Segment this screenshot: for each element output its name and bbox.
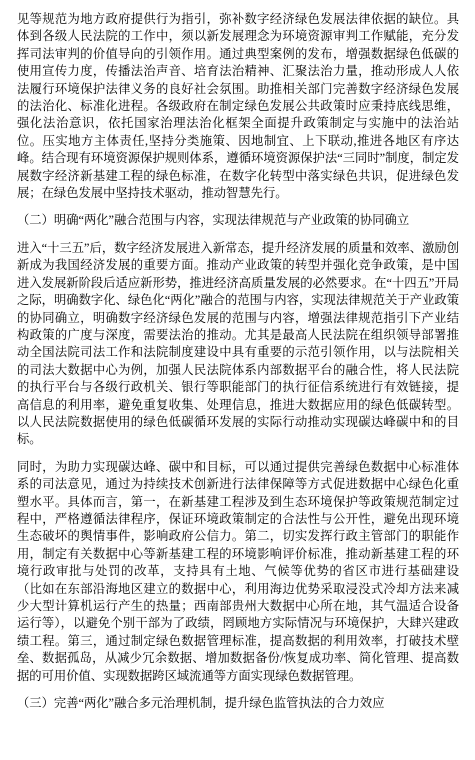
document-page: 见等规范为地方政府提供行为指引，弥补数字经济绿色发展法律依据的缺位。具体到各级人… [0, 0, 475, 760]
body-paragraph-continuation: 见等规范为地方政府提供行为指引，弥补数字经济绿色发展法律依据的缺位。具体到各级人… [17, 11, 459, 202]
section-heading-two: （二）明确“两化”融合范围与内容，实现法律规范与产业政策的协同确立 [17, 212, 459, 229]
body-paragraph-carbon-goals: 同时，为助力实现碳达峰、碳中和目标，可以通过提供完善绿色数据中心标准体系的司法意… [17, 459, 459, 685]
body-paragraph-two-convergence: 进入“十三五”后，数字经济发展进入新常态，提升经济发展的质量和效率、激励创新成为… [17, 240, 459, 449]
section-heading-three: （三）完善“两化”融合多元治理机制，提升绿色监管执法的合力效应 [17, 695, 459, 712]
